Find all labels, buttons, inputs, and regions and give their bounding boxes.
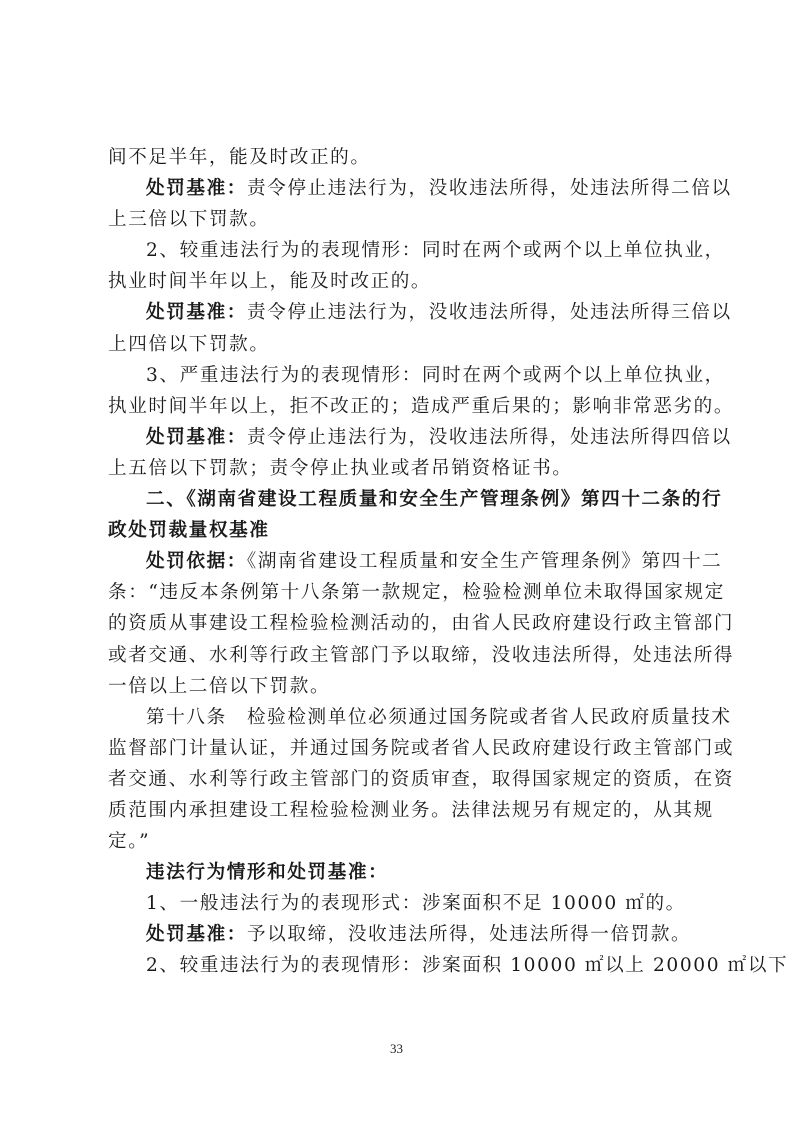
subsection-heading-text: 违法行为情形和处罚基准： <box>146 862 388 883</box>
line-text: 定。” <box>108 831 150 852</box>
penalty-standard-line: 处罚基准：责令停止违法行为，没收违法所得，处违法所得四倍以 <box>108 422 686 453</box>
paragraph-line: 或者交通、水利等行政主管部门予以取缔，没收违法所得，处违法所得 <box>108 640 686 671</box>
paragraph-line: 2、较重违法行为的表现情形：同时在两个或两个以上单位执业， <box>108 235 686 266</box>
paragraph-line: 的资质从事建设工程检验检测活动的，由省人民政府建设行政主管部门 <box>108 608 686 639</box>
document-body: 间不足半年，能及时改正的。 处罚基准：责令停止违法行为，没收违法所得，处违法所得… <box>108 142 686 982</box>
line-text: 条：“违反本条例第十八条第一款规定，检验检测单位未取得国家规定 <box>108 582 725 603</box>
line-text: 1、一般违法行为的表现形式：涉案面积不足 10000 ㎡的。 <box>146 893 686 914</box>
paragraph-line: 一倍以上二倍以下罚款。 <box>108 671 686 702</box>
paragraph-line: 条：“违反本条例第十八条第一款规定，检验检测单位未取得国家规定 <box>108 577 686 608</box>
line-text: 3、严重违法行为的表现情形：同时在两个或两个以上单位执业， <box>146 365 725 386</box>
page-number: 33 <box>0 1041 793 1057</box>
label-penalty-standard: 处罚基准： <box>146 427 247 448</box>
line-text: 《湖南省建设工程质量和安全生产管理条例》第四十二 <box>247 551 722 572</box>
section-heading-text: 二、《湖南省建设工程质量和安全生产管理条例》第四十二条的行 <box>146 489 722 510</box>
paragraph-line: 第十八条 检验检测单位必须通过国务院或者省人民政府质量技术 <box>108 702 686 733</box>
line-text: 责令停止违法行为，没收违法所得，处违法所得四倍以 <box>247 427 732 448</box>
line-text: 执业时间半年以上，拒不改正的；造成严重后果的；影响非常恶劣的。 <box>108 396 734 417</box>
line-text: 的资质从事建设工程检验检测活动的，由省人民政府建设行政主管部门 <box>108 613 734 634</box>
line-text: 上三倍以下罚款。 <box>108 209 270 230</box>
paragraph-line: 上四倍以下罚款。 <box>108 329 686 360</box>
paragraph-line: 定。” <box>108 826 686 857</box>
line-text: 上五倍以下罚款；责令停止执业或者吊销资格证书。 <box>108 458 572 479</box>
line-text: 责令停止违法行为，没收违法所得，处违法所得二倍以 <box>247 178 732 199</box>
label-penalty-standard: 处罚基准： <box>146 302 247 323</box>
line-text: 一倍以上二倍以下罚款。 <box>108 676 330 697</box>
line-text: 责令停止违法行为，没收违法所得，处违法所得三倍以 <box>247 302 732 323</box>
subsection-heading: 违法行为情形和处罚基准： <box>108 857 686 888</box>
paragraph-line: 1、一般违法行为的表现形式：涉案面积不足 10000 ㎡的。 <box>108 888 686 919</box>
label-penalty-standard: 处罚基准： <box>146 178 247 199</box>
paragraph-line: 上五倍以下罚款；责令停止执业或者吊销资格证书。 <box>108 453 686 484</box>
line-text: 质范围内承担建设工程检验检测业务。法律法规另有规定的，从其规 <box>108 800 714 821</box>
penalty-standard-line: 处罚基准：责令停止违法行为，没收违法所得，处违法所得三倍以 <box>108 297 686 328</box>
line-text: 监督部门计量认证，并通过国务院或者省人民政府建设行政主管部门或 <box>108 738 734 759</box>
paragraph-line: 执业时间半年以上，拒不改正的；造成严重后果的；影响非常恶劣的。 <box>108 391 686 422</box>
label-penalty-basis: 处罚依据： <box>146 551 247 572</box>
paragraph-line: 上三倍以下罚款。 <box>108 204 686 235</box>
label-penalty-standard: 处罚基准： <box>146 924 247 945</box>
paragraph-line: 执业时间半年以上，能及时改正的。 <box>108 266 686 297</box>
section-heading-text: 政处罚裁量权基准 <box>108 520 270 541</box>
penalty-basis-line: 处罚依据：《湖南省建设工程质量和安全生产管理条例》第四十二 <box>108 546 686 577</box>
section-heading-cont: 政处罚裁量权基准 <box>108 515 686 546</box>
penalty-standard-line: 处罚基准：责令停止违法行为，没收违法所得，处违法所得二倍以 <box>108 173 686 204</box>
line-text: 执业时间半年以上，能及时改正的。 <box>108 271 431 292</box>
line-text: 第十八条 检验检测单位必须通过国务院或者省人民政府质量技术 <box>146 707 732 728</box>
paragraph-line: 2、较重违法行为的表现情形：涉案面积 10000 ㎡以上 20000 ㎡以下 <box>108 950 686 981</box>
paragraph-line: 3、严重违法行为的表现情形：同时在两个或两个以上单位执业， <box>108 360 686 391</box>
section-heading: 二、《湖南省建设工程质量和安全生产管理条例》第四十二条的行 <box>108 484 686 515</box>
line-text: 2、较重违法行为的表现情形：同时在两个或两个以上单位执业， <box>146 240 725 261</box>
penalty-standard-line: 处罚基准：予以取缔，没收违法所得，处违法所得一倍罚款。 <box>108 919 686 950</box>
paragraph-line: 间不足半年，能及时改正的。 <box>108 142 686 173</box>
line-text: 予以取缔，没收违法所得，处违法所得一倍罚款。 <box>247 924 691 945</box>
line-text: 者交通、水利等行政主管部门的资质审查，取得国家规定的资质，在资 <box>108 769 734 790</box>
line-text: 上四倍以下罚款。 <box>108 334 270 355</box>
paragraph-line: 者交通、水利等行政主管部门的资质审查，取得国家规定的资质，在资 <box>108 764 686 795</box>
line-text: 间不足半年，能及时改正的。 <box>108 147 371 168</box>
line-text: 或者交通、水利等行政主管部门予以取缔，没收违法所得，处违法所得 <box>108 645 734 666</box>
paragraph-line: 质范围内承担建设工程检验检测业务。法律法规另有规定的，从其规 <box>108 795 686 826</box>
line-text: 2、较重违法行为的表现情形：涉案面积 10000 ㎡以上 20000 ㎡以下 <box>146 955 788 976</box>
paragraph-line: 监督部门计量认证，并通过国务院或者省人民政府建设行政主管部门或 <box>108 733 686 764</box>
